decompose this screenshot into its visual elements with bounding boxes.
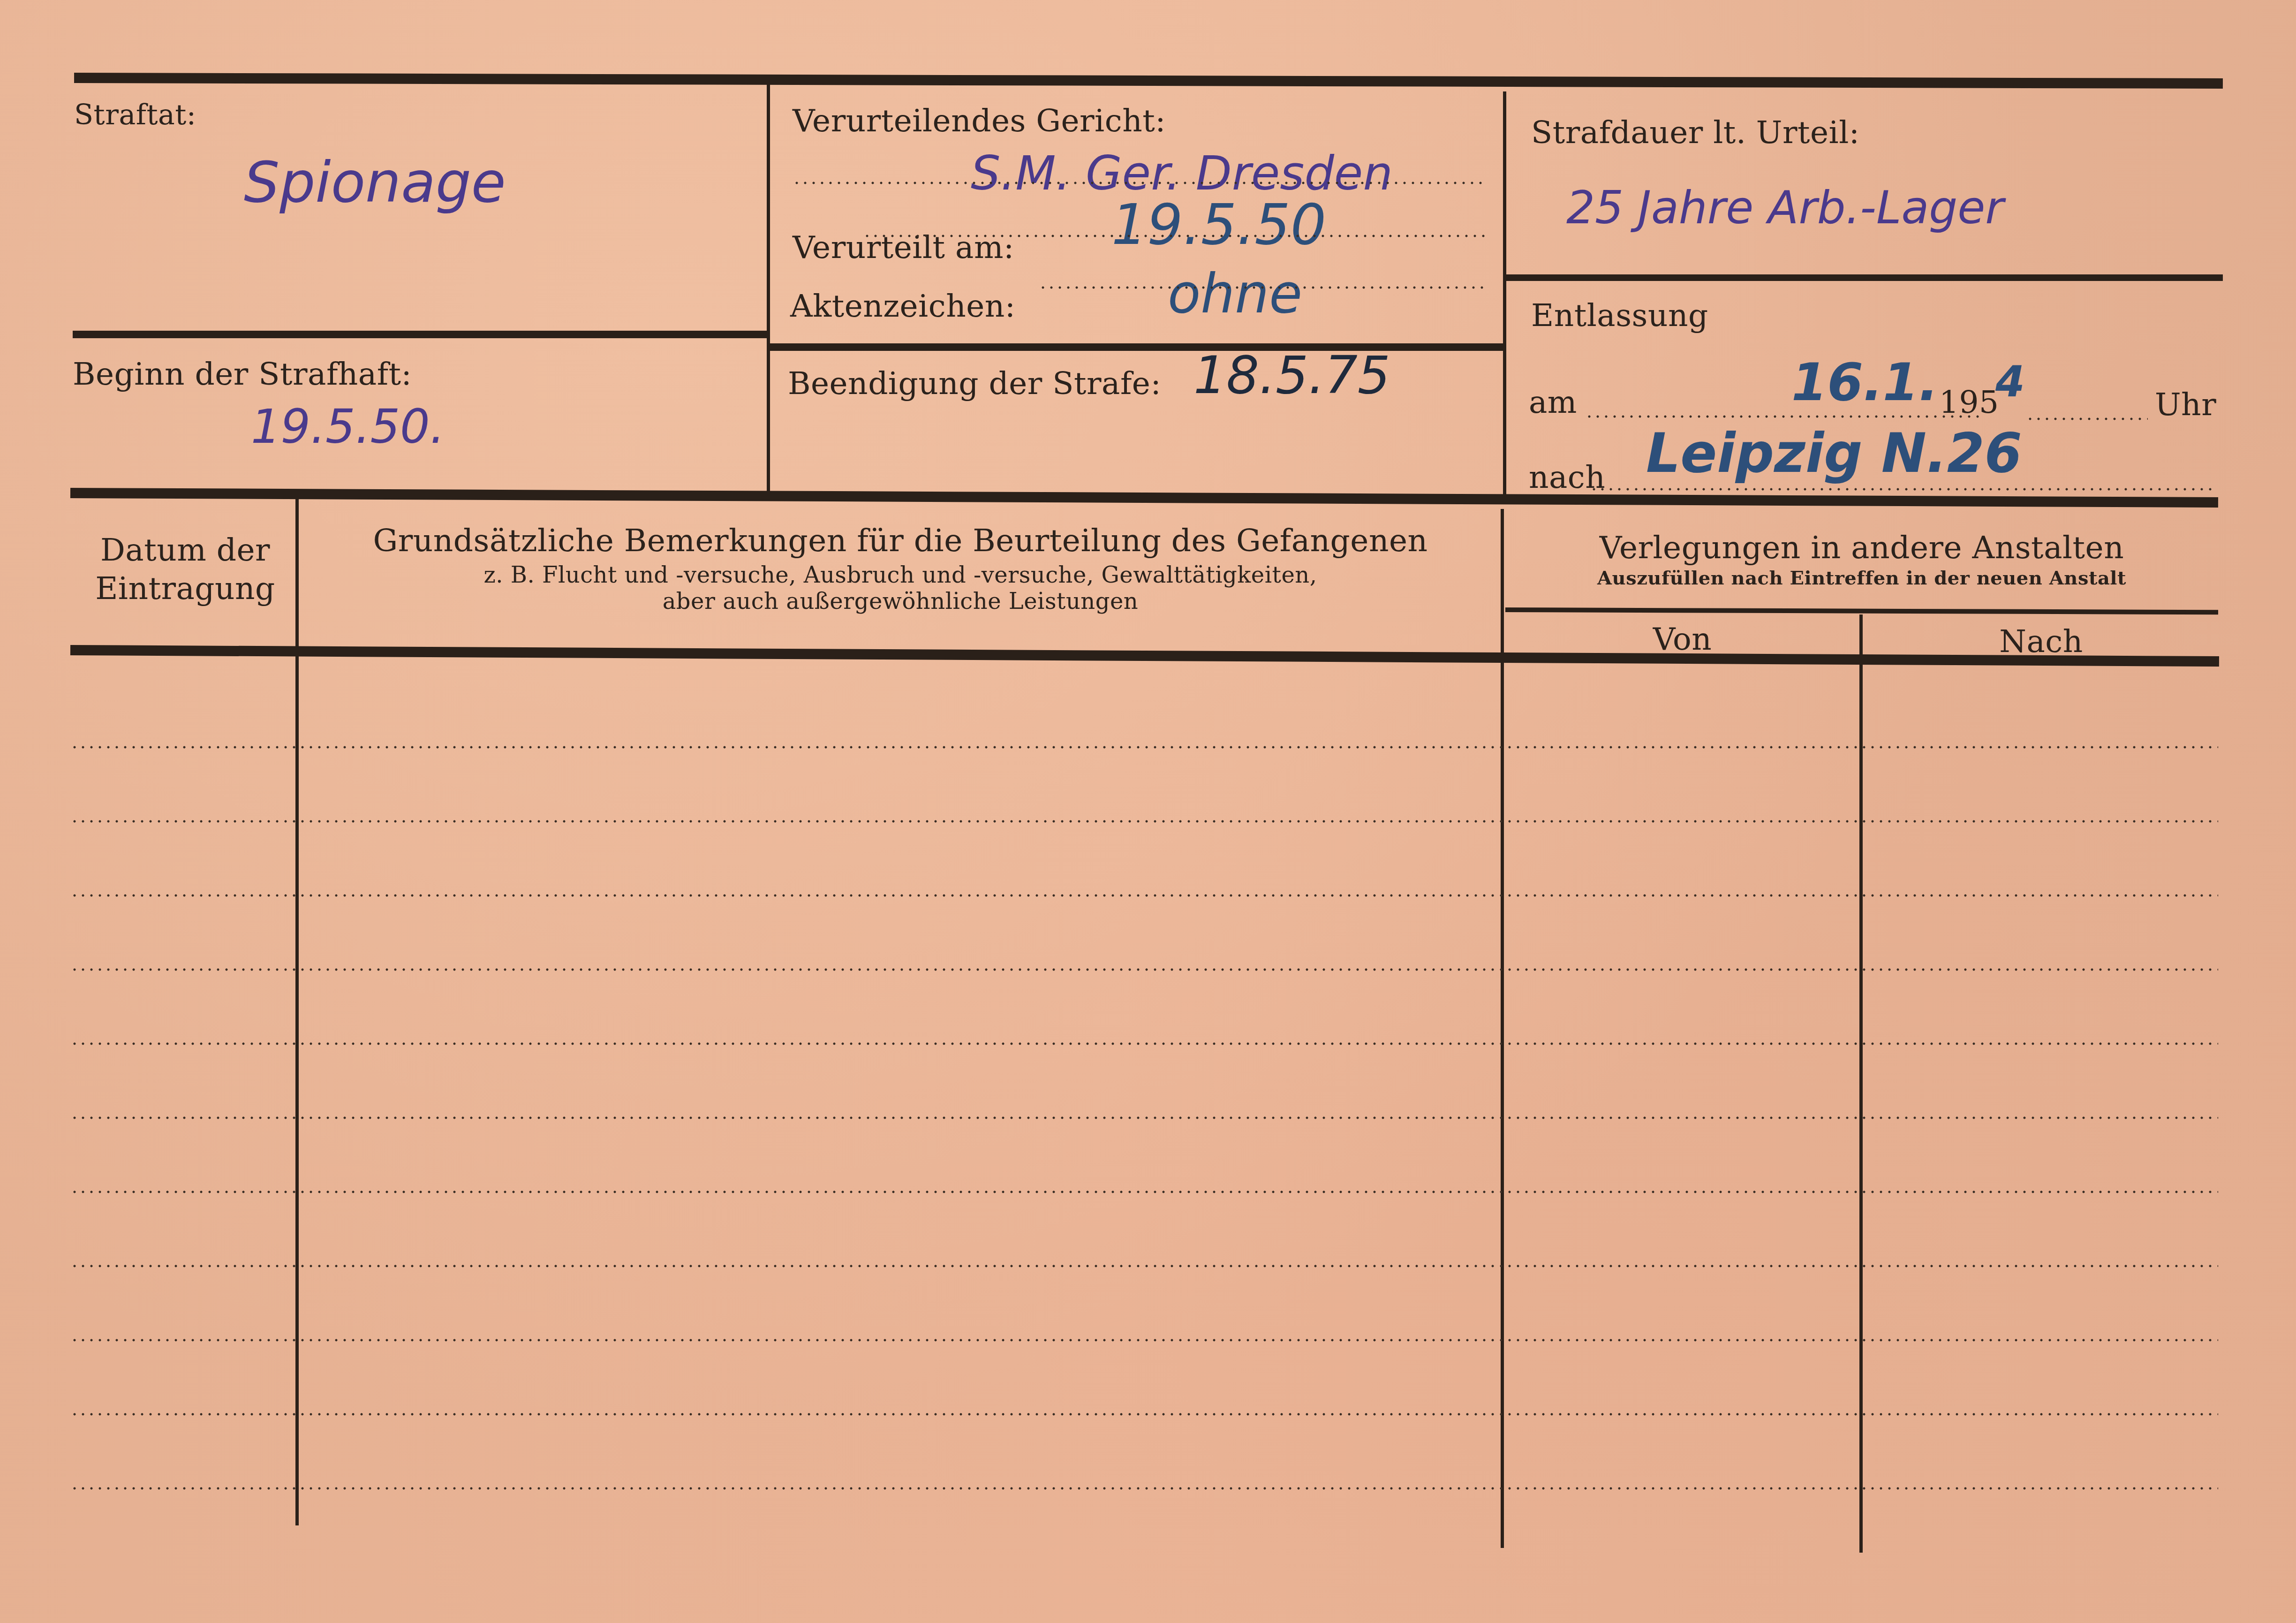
- header-bemerkungen: Grundsätzliche Bemerkungen für die Beurt…: [300, 525, 1501, 613]
- year-prefix-label: 195: [1939, 387, 1999, 418]
- header-verlegungen-title: Verlegungen in andere Anstalten: [1505, 532, 2218, 563]
- beginn-label: Beginn der Strafhaft:: [73, 359, 412, 390]
- row-dotted-line: [70, 968, 2218, 971]
- row-dotted-line: [70, 1042, 2218, 1045]
- beendigung-value[interactable]: 18.5.75: [1193, 349, 1390, 401]
- year-suffix-value[interactable]: 4: [1995, 361, 2025, 403]
- header-bemerkungen-title: Grundsätzliche Bemerkungen für die Beurt…: [300, 525, 1501, 556]
- entlassung-date-value[interactable]: 16.1.: [1791, 356, 1938, 408]
- table-divider-verlegungen: [1501, 509, 1504, 1548]
- entlassung-label: Entlassung: [1531, 300, 1708, 331]
- header-top-rule: [70, 488, 2218, 508]
- header-datum: Datum der Eintragung: [75, 535, 295, 604]
- gericht-label: Verurteilendes Gericht:: [793, 106, 1166, 137]
- beendigung-label: Beendigung der Strafe:: [788, 368, 1161, 399]
- divider-h-middle: [769, 343, 1505, 351]
- strafdauer-label: Strafdauer lt. Urteil:: [1531, 117, 1860, 148]
- aktenzeichen-value[interactable]: ohne: [1168, 267, 1302, 321]
- verurteilt-value[interactable]: 19.5.50: [1111, 197, 1326, 253]
- row-dotted-line: [70, 746, 2218, 749]
- gericht-value[interactable]: S.M. Ger. Dresden: [971, 150, 1393, 197]
- verlegungen-sub-rule: [1505, 607, 2218, 614]
- divider-v-right: [1503, 91, 1506, 504]
- entlassung-ort-value[interactable]: Leipzig N.26: [1646, 427, 2022, 481]
- header-bemerkungen-sub2: aber auch außergewöhnliche Leistungen: [300, 590, 1501, 613]
- row-dotted-line: [70, 1265, 2218, 1267]
- header-verlegungen-subtitle: Auszufüllen nach Eintreffen in der neuen…: [1505, 569, 2218, 588]
- row-dotted-line: [70, 820, 2218, 823]
- table-divider-von-nach: [1859, 614, 1863, 1553]
- divider-v-left: [767, 84, 770, 495]
- row-dotted-line: [70, 1339, 2218, 1342]
- header-verlegungen: Verlegungen in andere Anstalten Auszufül…: [1505, 532, 2218, 588]
- divider-h-right: [1505, 274, 2223, 281]
- am-dotted-line: [1585, 415, 1984, 418]
- row-dotted-line: [70, 1116, 2218, 1119]
- aktenzeichen-label: Aktenzeichen:: [790, 291, 1015, 322]
- row-dotted-line: [70, 1191, 2218, 1193]
- header-datum-line1: Datum der: [75, 535, 295, 566]
- divider-h-left: [73, 331, 769, 338]
- header-bemerkungen-sub1: z. B. Flucht und -versuche, Ausbruch und…: [300, 564, 1501, 586]
- strafdauer-value[interactable]: 25 Jahre Arb.-Lager: [1566, 185, 2004, 230]
- uhr-label: Uhr: [2155, 389, 2216, 420]
- verurteilt-dotted-line: [863, 235, 1487, 237]
- top-border-rule: [74, 73, 2223, 89]
- aktenzeichen-dotted-line: [1039, 286, 1489, 289]
- gericht-dotted-line: [793, 182, 1487, 184]
- am-label: am: [1529, 387, 1577, 418]
- nach-dotted-line: [1590, 488, 2213, 491]
- row-dotted-line: [70, 894, 2218, 897]
- row-dotted-line: [70, 1413, 2218, 1416]
- header-von: Von: [1505, 624, 1859, 655]
- beginn-value[interactable]: 19.5.50.: [251, 403, 445, 450]
- year-dotted-line: [2026, 417, 2148, 420]
- straftat-label: Straftat:: [74, 101, 196, 129]
- straftat-value[interactable]: Spionage: [244, 155, 506, 211]
- header-nach: Nach: [1864, 626, 2218, 657]
- row-dotted-line: [70, 1487, 2218, 1490]
- header-datum-line2: Eintragung: [75, 573, 295, 604]
